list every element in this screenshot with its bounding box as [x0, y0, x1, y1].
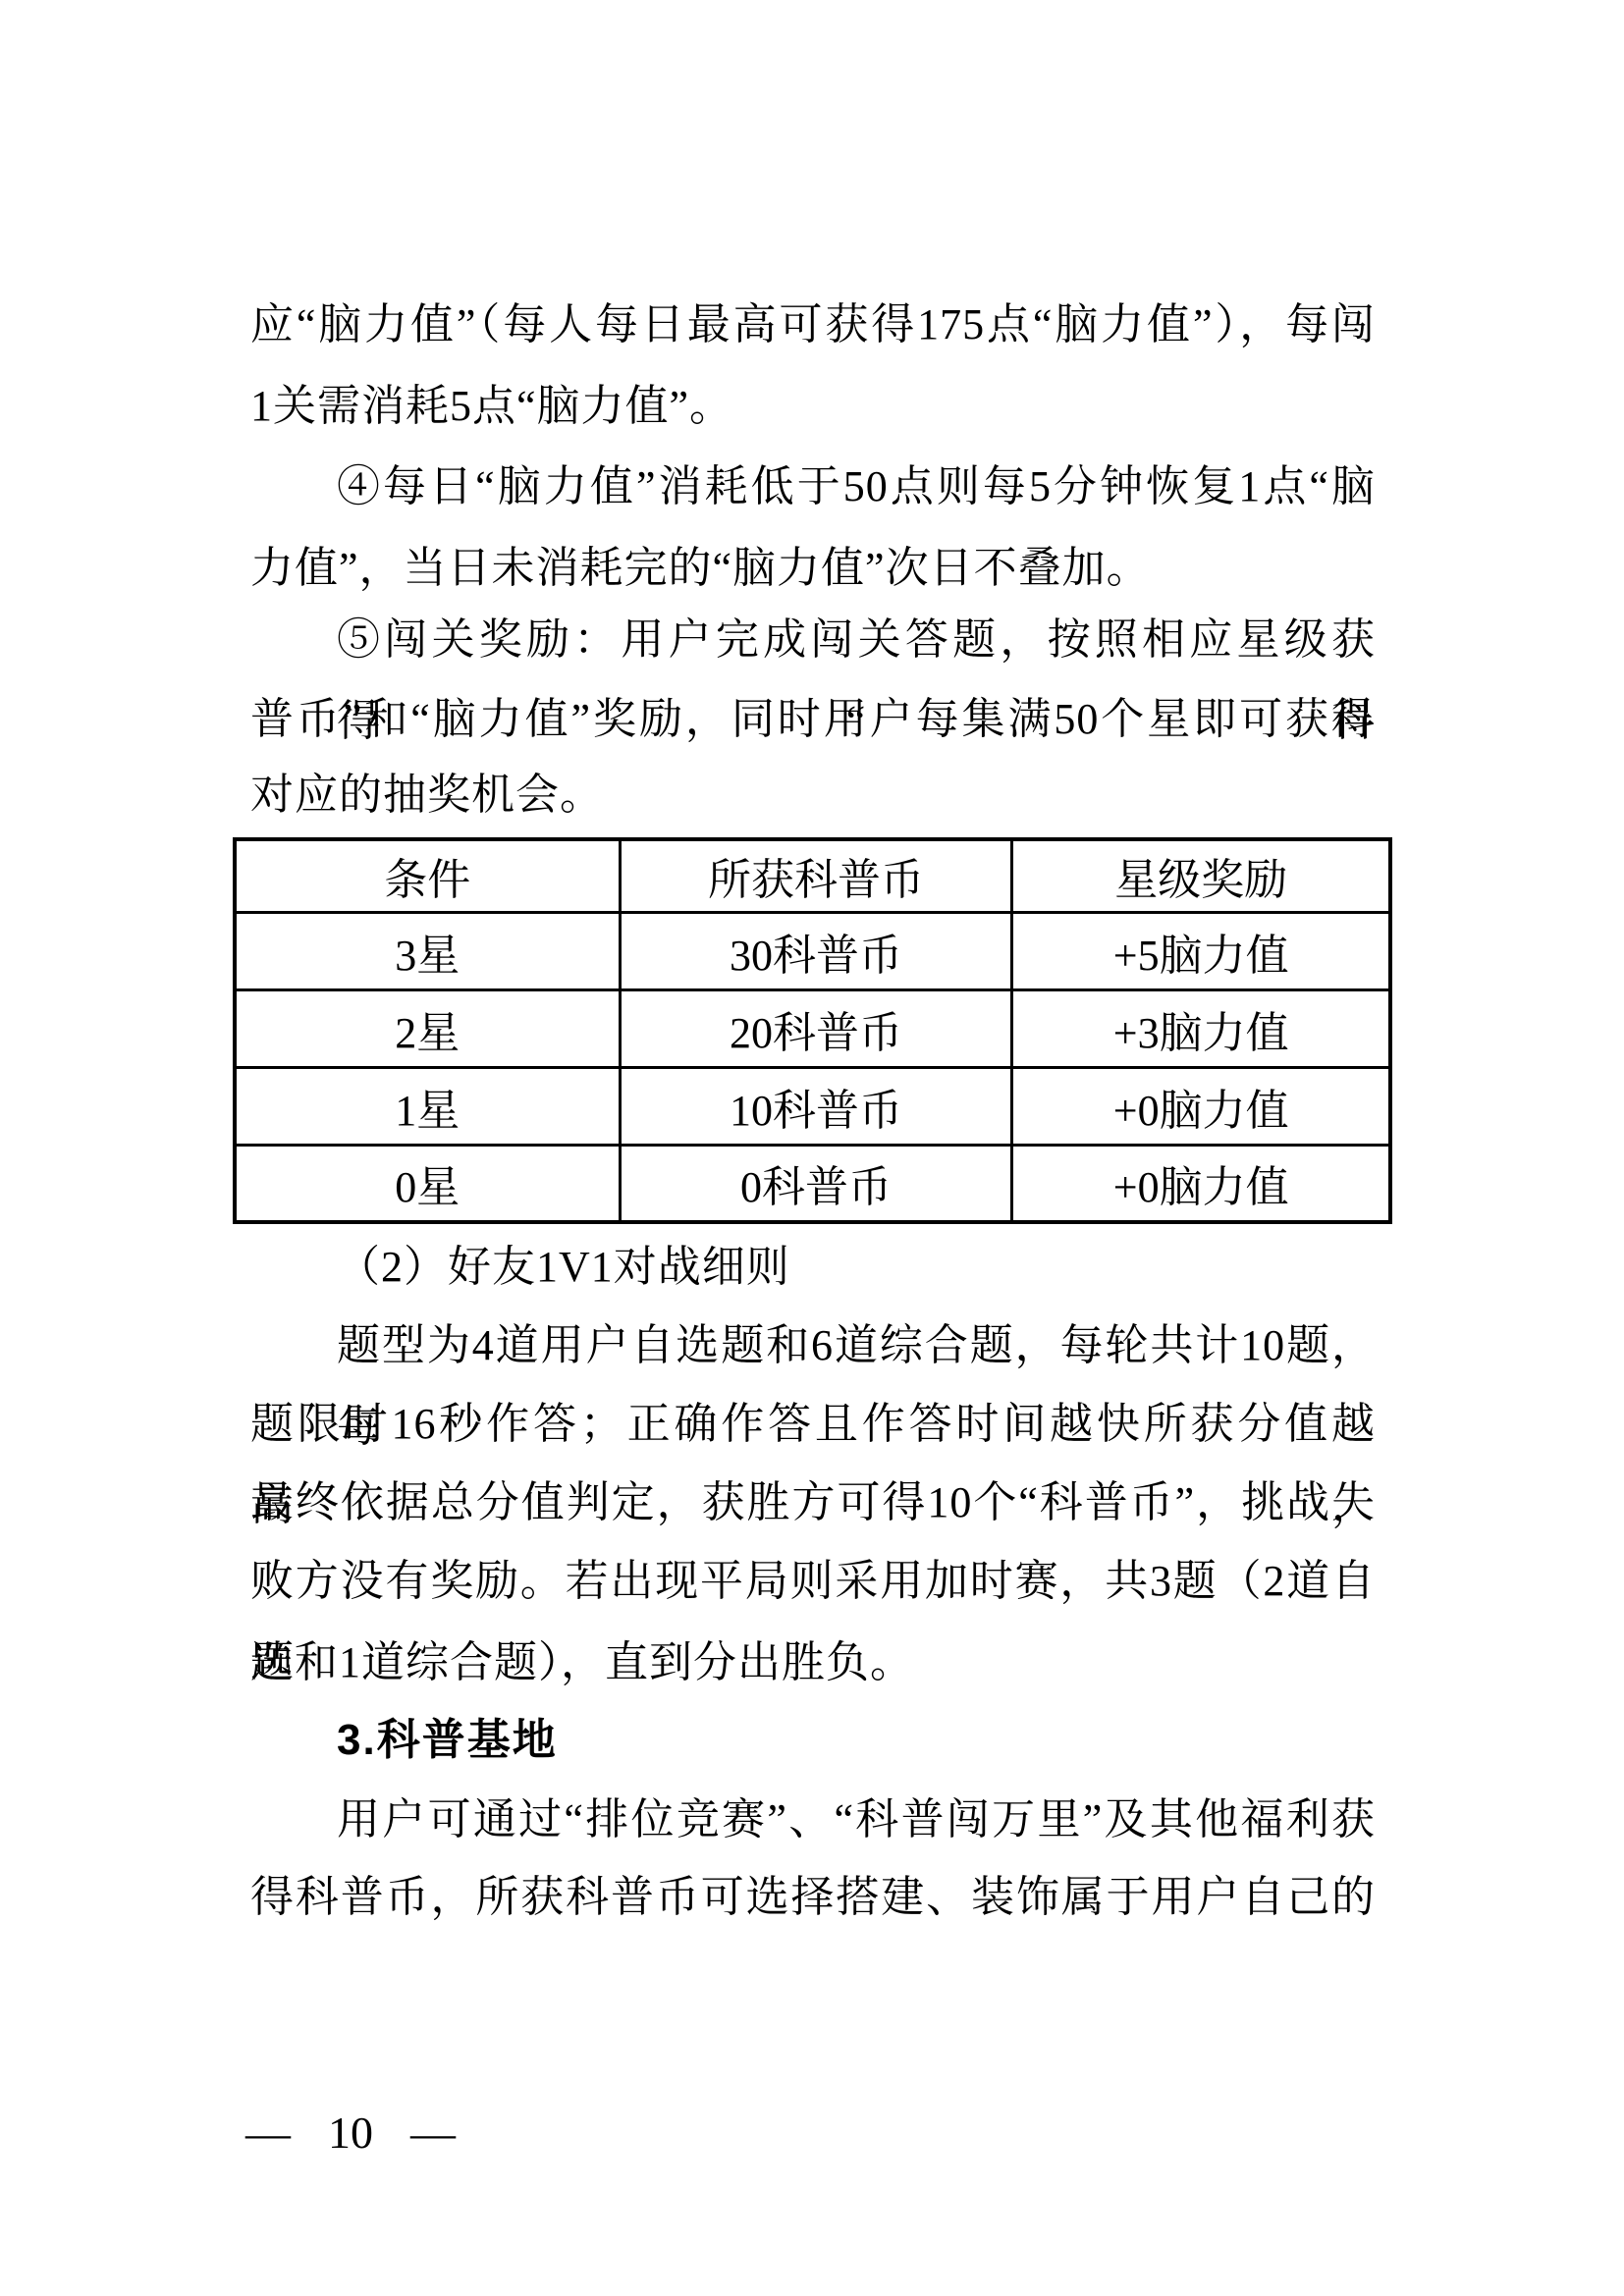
reward-table: 条件 所获科普币 星级奖励 3星 30科普币 +5脑力值 2星 20科普币 +3… — [233, 837, 1392, 1224]
body-line: 败方没有奖励。若出现平局则采用加时赛，共3题（2道自选 — [250, 1540, 1376, 1622]
body-line: ④每日“脑力值”消耗低于50点则每5分钟恢复1点“脑 — [250, 446, 1376, 527]
body-line: 应“脑力值”（每人每日最高可获得175点“脑力值”），每闯 — [250, 284, 1376, 365]
page-footer: — 10 — — [245, 2104, 456, 2163]
table-cell: +0脑力值 — [1012, 1067, 1390, 1145]
body-line: ⑤闯关奖励：用户完成闯关答题，按照相应星级获得“科 — [250, 599, 1376, 680]
body-line: 对应的抽奖机会。 — [250, 754, 1376, 835]
table-cell: 10科普币 — [620, 1067, 1012, 1145]
table-row: 0星 0科普币 +0脑力值 — [235, 1145, 1390, 1222]
body-line: 题型为4道用户自选题和6道综合题，每轮共计10题，每 — [250, 1305, 1376, 1386]
body-line: 最终依据总分值判定，获胜方可得10个“科普币”，挑战失 — [250, 1462, 1376, 1543]
table-row: 3星 30科普币 +5脑力值 — [235, 912, 1390, 989]
document-page: 应“脑力值”（每人每日最高可获得175点“脑力值”），每闯 1关需消耗5点“脑力… — [0, 0, 1624, 2296]
footer-dash-right: — — [410, 2104, 456, 2163]
table-cell: 0科普币 — [620, 1145, 1012, 1222]
table-row: 1星 10科普币 +0脑力值 — [235, 1067, 1390, 1145]
body-line: （2）好友1V1对战细则 — [250, 1226, 1376, 1308]
section-heading: 3.科普基地 — [250, 1699, 1376, 1781]
body-line: 力值”，当日未消耗完的“脑力值”次日不叠加。 — [250, 527, 1376, 609]
table-cell: 0星 — [235, 1145, 620, 1222]
table-cell: +3脑力值 — [1012, 989, 1390, 1067]
table-row: 2星 20科普币 +3脑力值 — [235, 989, 1390, 1067]
table-header-cell: 条件 — [235, 839, 620, 912]
body-line: 普币”和“脑力值”奖励，同时用户每集满50个星即可获得 — [250, 678, 1376, 760]
body-line: 题和1道综合题），直到分出胜负。 — [250, 1622, 1376, 1703]
body-line: 得科普币，所获科普币可选择搭建、装饰属于用户自己的 — [250, 1856, 1376, 1938]
page-number: 10 — [328, 2104, 373, 2163]
table-cell: 1星 — [235, 1067, 620, 1145]
body-line: 题限时16秒作答；正确作答且作答时间越快所获分值越高， — [250, 1383, 1376, 1465]
table-cell: 2星 — [235, 989, 620, 1067]
body-line: 用户可通过“排位竞赛”、“科普闯万里”及其他福利获 — [250, 1779, 1376, 1860]
table-header-row: 条件 所获科普币 星级奖励 — [235, 839, 1390, 912]
table-cell: 20科普币 — [620, 989, 1012, 1067]
table-cell: 30科普币 — [620, 912, 1012, 989]
table-cell: 3星 — [235, 912, 620, 989]
table-cell: +0脑力值 — [1012, 1145, 1390, 1222]
table-cell: +5脑力值 — [1012, 912, 1390, 989]
table-header-cell: 星级奖励 — [1012, 839, 1390, 912]
table-header-cell: 所获科普币 — [620, 839, 1012, 912]
body-line: 1关需消耗5点“脑力值”。 — [250, 365, 1376, 447]
footer-dash-left: — — [245, 2104, 291, 2163]
